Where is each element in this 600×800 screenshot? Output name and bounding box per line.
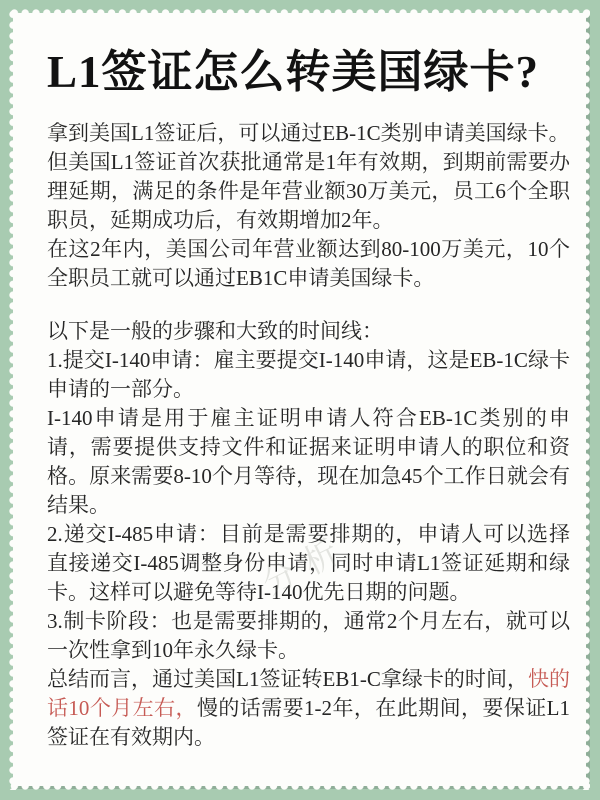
body-paragraph-step1: 1.提交I-140申请：雇主要提交I-140申请，这是EB-1C绿卡申请的一部分…: [47, 346, 570, 404]
body-paragraph-summary: 总结而言，通过美国L1签证转EB1-C拿绿卡的时间，快的话10个月左右，慢的话需…: [47, 665, 570, 752]
body-paragraph-step1-detail: I-140申请是用于雇主证明申请人符合EB-1C类别的申请，需要提供支持文件和证…: [47, 404, 570, 520]
body-paragraph-extension: 但美国L1签证首次获批通常是1年有效期，到期前需要办理延期，满足的条件是年营业额…: [47, 148, 570, 235]
body-paragraph-eb1c-condition: 在这2年内，美国公司年营业额达到80-100万美元，10个全职员工就可以通过EB…: [47, 235, 570, 293]
body-paragraph-step2: 2.递交I-485申请：目前是需要排期的，申请人可以选择直接递交I-485调整身…: [47, 520, 570, 607]
summary-text-pre: 总结而言，通过美国L1签证转EB1-C拿绿卡的时间，: [47, 667, 528, 691]
article-content: L1签证怎么转美国绿卡? 拿到美国L1签证后，可以通过EB-1C类别申请美国绿卡…: [13, 13, 586, 786]
body-paragraph-step3: 3.制卡阶段：也是需要排期的，通常2个月左右，就可以一次性拿到10年永久绿卡。: [47, 607, 570, 665]
body-paragraph-intro: 拿到美国L1签证后，可以通过EB-1C类别申请美国绿卡。: [47, 119, 570, 148]
body-paragraph-steps-heading: 以下是一般的步骤和大致的时间线：: [47, 317, 570, 346]
page-title: L1签证怎么转美国绿卡?: [47, 45, 570, 99]
stamp-paper: L1签证怎么转美国绿卡? 拿到美国L1签证后，可以通过EB-1C类别申请美国绿卡…: [13, 13, 586, 786]
